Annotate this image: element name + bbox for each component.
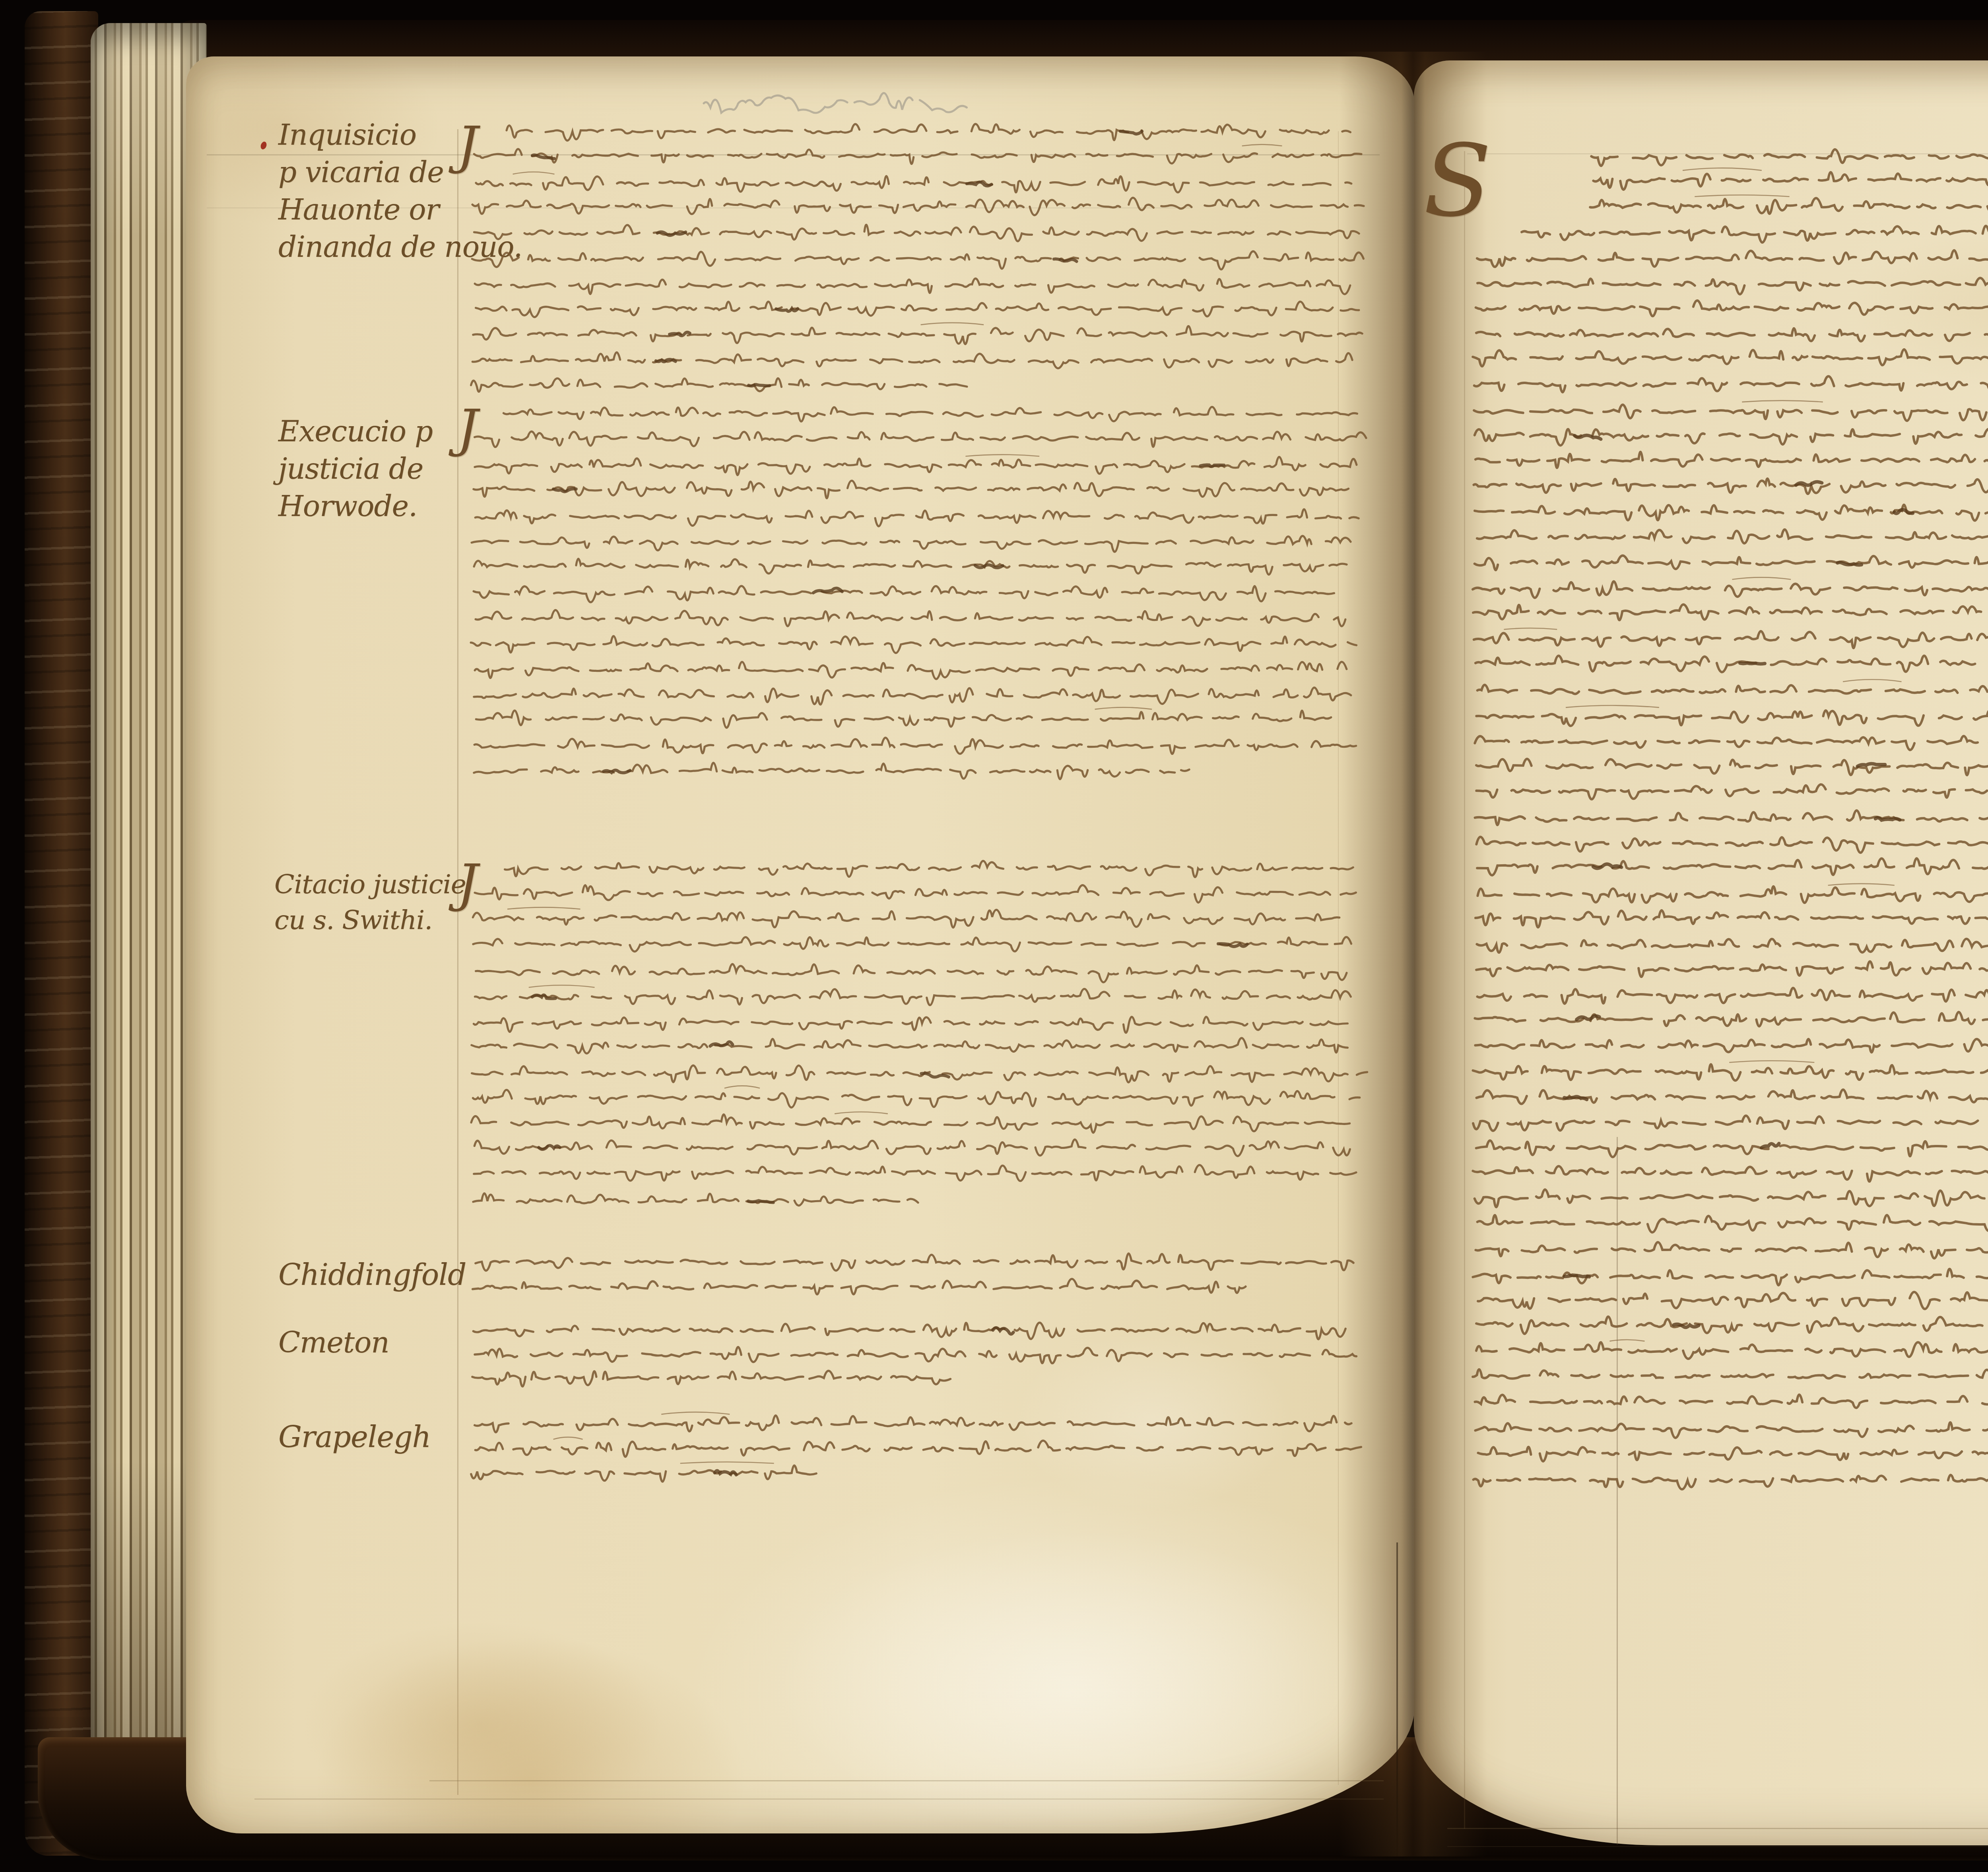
handwritten-entry-left-block-2 <box>469 394 1364 812</box>
accent-stroke <box>1200 465 1224 466</box>
text-line <box>474 559 1347 575</box>
overline-flourish <box>553 1437 583 1439</box>
text-line <box>475 509 1359 526</box>
accent-stroke <box>553 489 576 492</box>
text-line <box>1477 887 1988 904</box>
text-line <box>1476 300 1988 316</box>
text-line <box>474 225 1359 241</box>
overline-flourish <box>661 1412 730 1414</box>
accent-stroke <box>1761 1143 1779 1148</box>
text-line <box>1476 327 1988 344</box>
text-line <box>1476 961 1988 977</box>
accent-stroke <box>1740 663 1765 664</box>
text-line <box>1475 1189 1988 1207</box>
text-line <box>1477 1089 1988 1107</box>
overline-flourish <box>1566 706 1659 708</box>
text-line <box>1473 1269 1988 1285</box>
overline-flourish <box>1732 577 1791 579</box>
text-line <box>1475 1039 1988 1054</box>
margin-note-grapelegh: Grapelegh <box>278 1418 431 1456</box>
handwritten-entry-left-block-6 <box>469 1403 1364 1515</box>
overline-flourish <box>1843 679 1902 681</box>
accent-stroke <box>1574 435 1601 439</box>
initial-letter-right-block-1: S <box>1423 131 1491 231</box>
text-line <box>474 1139 1350 1156</box>
text-line <box>472 352 1352 368</box>
text-line <box>473 910 1339 928</box>
text-line <box>1591 149 1988 167</box>
initial-letter-left-block-3: J <box>457 857 478 909</box>
text-line <box>1475 1422 1988 1438</box>
text-line <box>1473 582 1988 598</box>
text-line <box>474 149 1361 164</box>
text-line <box>1476 837 1988 853</box>
text-line <box>1475 811 1988 828</box>
text-line <box>1475 910 1988 927</box>
text-line <box>471 1465 816 1482</box>
text-line <box>1475 555 1988 570</box>
text-line <box>473 1323 1345 1339</box>
accent-stroke <box>993 1328 1013 1334</box>
overline-flourish <box>1828 884 1895 885</box>
text-line <box>1475 1242 1988 1258</box>
overline-flourish <box>1742 401 1823 402</box>
overline-flourish <box>529 985 595 987</box>
text-line <box>1473 1164 1988 1181</box>
text-line <box>1474 1472 1988 1489</box>
handwritten-entry-left-block-1 <box>469 111 1364 427</box>
spine-texture <box>25 11 98 1856</box>
text-line <box>472 1371 951 1386</box>
text-line <box>474 1017 1347 1033</box>
text-line <box>476 610 1345 627</box>
text-line <box>1473 1115 1988 1131</box>
margin-note-line: Grapelegh <box>278 1418 431 1456</box>
text-line <box>1476 784 1988 801</box>
manuscript-photo: 14. Inquisiciop vicaria deHauonte ordina… <box>0 0 1988 1872</box>
text-line <box>476 710 1331 727</box>
overline-flourish <box>1683 168 1762 171</box>
text-line <box>474 586 1334 602</box>
text-line <box>1476 709 1988 726</box>
margin-note-cmeton: Cmeton <box>278 1324 389 1361</box>
text-line <box>1477 987 1988 1004</box>
text-line <box>475 1347 1357 1363</box>
text-line <box>475 1441 1361 1457</box>
text-line <box>476 302 1359 317</box>
margin-note-citacio: Citacio justiciecu s. Swithi. <box>274 867 466 938</box>
text-line <box>1477 250 1988 267</box>
text-line <box>1476 1317 1988 1334</box>
margin-note-line: Execucio p <box>278 413 433 450</box>
text-line <box>1475 427 1988 445</box>
book-spine <box>25 11 98 1856</box>
text-line <box>1477 938 1988 952</box>
text-line <box>1590 198 1988 215</box>
text-line <box>1477 277 1988 294</box>
margin-note-line: cu s. Swithi. <box>274 902 466 938</box>
accent-stroke <box>1875 818 1900 820</box>
accent-stroke <box>1796 482 1822 485</box>
text-line <box>504 407 1357 422</box>
text-line <box>474 738 1356 754</box>
handwritten-entry-left-block-3 <box>469 849 1364 1241</box>
text-line <box>474 688 1351 705</box>
text-line <box>472 536 1351 552</box>
overline-flourish <box>1095 707 1152 709</box>
margin-note-line: Cmeton <box>278 1324 389 1361</box>
initial-letter-left-block-1: J <box>457 119 478 171</box>
text-line <box>476 964 1347 982</box>
overline-flourish <box>1242 144 1282 146</box>
text-line <box>1474 631 1988 648</box>
margin-note-line: Horwode. <box>278 487 433 525</box>
accent-stroke <box>1858 764 1885 766</box>
text-line <box>1475 655 1988 673</box>
margin-note-line: Citacio justicie <box>274 867 466 902</box>
text-line <box>473 1193 918 1206</box>
overline-flourish <box>921 323 984 325</box>
text-line <box>472 198 1364 215</box>
handwritten-entry-right-block-1 <box>1471 136 1988 1520</box>
text-line <box>1478 1447 1988 1461</box>
text-line <box>1593 172 1988 190</box>
overline-flourish <box>507 907 580 909</box>
margin-note-chiddingfold: Chiddingfold <box>278 1256 466 1294</box>
margin-note-execucio: Execucio pjusticia deHorwode. <box>278 413 433 525</box>
overline-flourish <box>1729 1061 1814 1062</box>
text-line <box>1475 1012 1988 1028</box>
text-line <box>476 176 1351 192</box>
text-line <box>474 1165 1356 1181</box>
text-line <box>1477 858 1988 876</box>
text-line <box>475 662 1347 679</box>
text-line <box>472 1038 1348 1053</box>
text-line <box>1477 530 1988 546</box>
text-line <box>1474 477 1988 494</box>
text-line <box>471 1114 1350 1133</box>
text-line <box>505 861 1353 877</box>
text-line <box>471 378 967 392</box>
text-line <box>1476 1141 1988 1157</box>
overline-flourish <box>1504 628 1557 629</box>
overline-flourish <box>965 455 1039 456</box>
accent-stroke <box>532 155 554 159</box>
text-line <box>1478 1292 1988 1309</box>
text-line <box>475 989 1351 1005</box>
accent-stroke <box>1120 131 1142 134</box>
text-line <box>475 279 1350 294</box>
text-line <box>1473 605 1988 621</box>
text-line <box>1474 404 1988 421</box>
text-line <box>474 763 1189 779</box>
overline-flourish <box>680 1462 774 1464</box>
text-line <box>471 636 1356 653</box>
margin-note-line: justicia de <box>278 450 433 487</box>
text-line <box>1476 1342 1988 1360</box>
overline-flourish <box>724 1086 760 1088</box>
text-line <box>473 326 1362 344</box>
text-line <box>1475 1395 1988 1410</box>
overline-flourish <box>1695 195 1789 197</box>
text-line <box>1477 1215 1988 1232</box>
text-line <box>1477 683 1988 698</box>
text-line <box>472 1065 1367 1082</box>
text-line <box>476 1253 1353 1271</box>
accent-stroke <box>749 384 770 386</box>
text-line <box>473 1279 1246 1294</box>
overline-flourish <box>835 1112 888 1114</box>
text-line <box>475 431 1366 447</box>
text-line <box>1474 376 1988 392</box>
text-line <box>1475 452 1988 469</box>
pencil-stroke <box>704 93 967 113</box>
faint-pencil-inscription <box>700 60 970 131</box>
text-line <box>1473 1064 1988 1081</box>
overline-flourish <box>1609 1340 1644 1341</box>
overline-flourish <box>513 172 555 174</box>
text-line <box>1475 736 1988 750</box>
text-line <box>474 481 1349 498</box>
text-line <box>1473 349 1988 367</box>
accent-stroke <box>1565 1275 1589 1277</box>
accent-stroke <box>748 1201 773 1203</box>
text-line <box>1522 225 1988 242</box>
initial-letter-left-block-2: J <box>457 402 478 454</box>
margin-note-line: Chiddingfold <box>278 1256 466 1294</box>
text-line <box>475 885 1356 903</box>
text-line <box>1476 758 1988 775</box>
text-line <box>472 251 1363 270</box>
text-line <box>473 1090 1359 1108</box>
text-line <box>1473 1369 1988 1385</box>
text-line <box>475 1416 1351 1432</box>
